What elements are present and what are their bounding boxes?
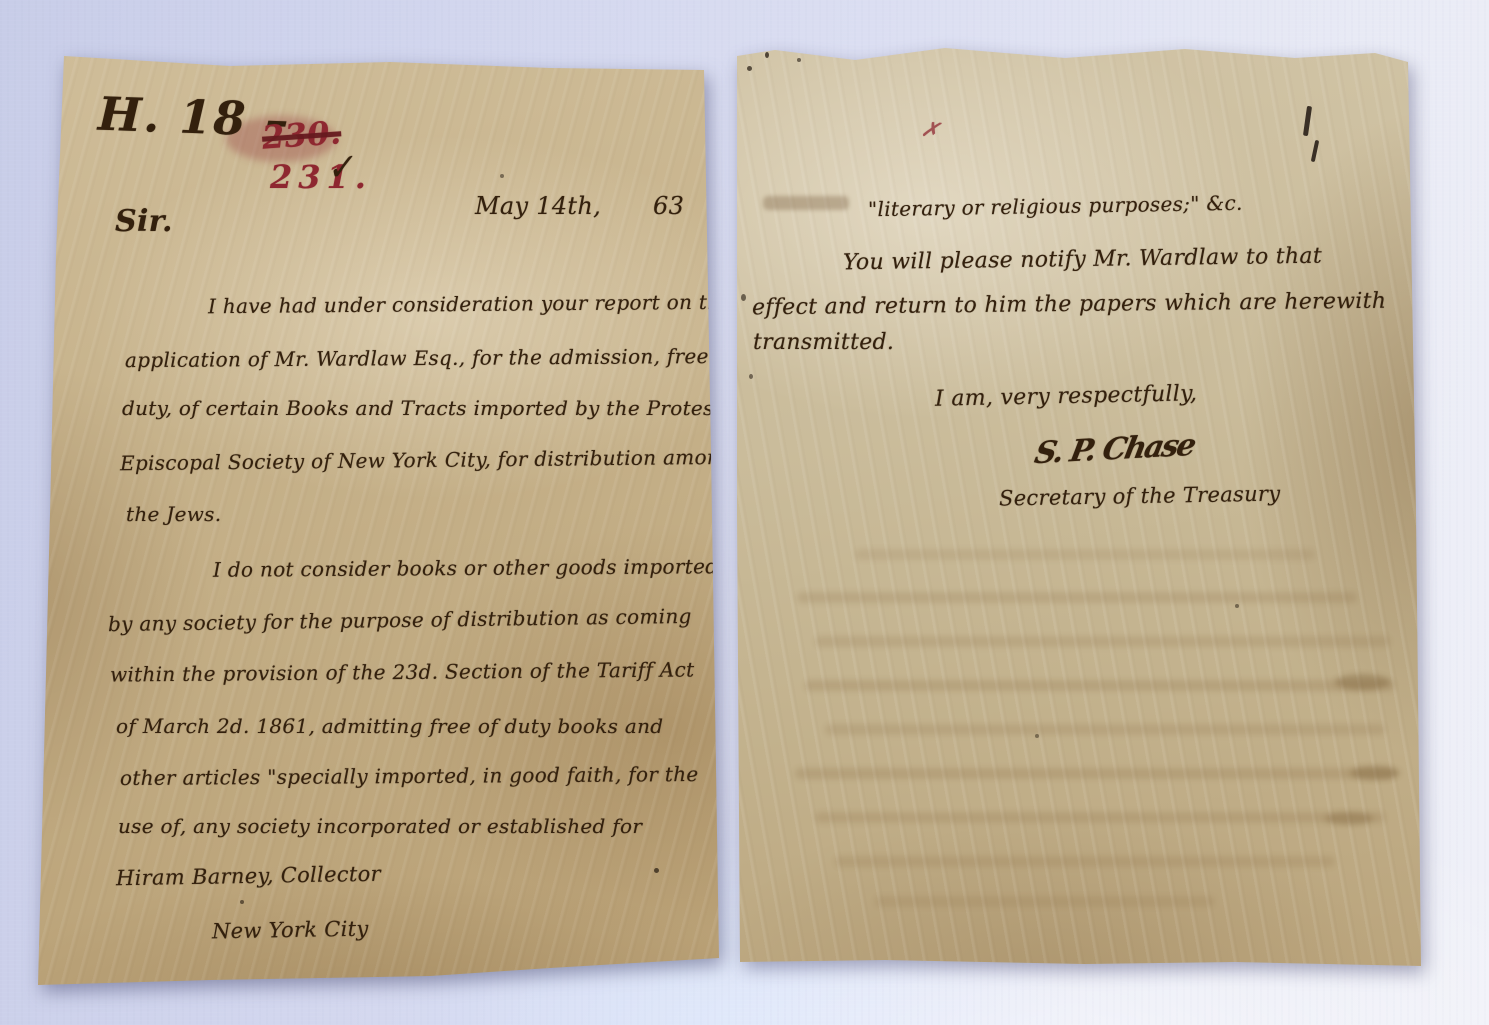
pen-mark — [1303, 106, 1312, 136]
recipient-city: New York City — [212, 917, 369, 944]
salutation: Sir. — [115, 204, 173, 239]
date-month-day: May 14th, — [475, 192, 601, 220]
body-line: the Jews. — [126, 502, 221, 526]
body-line: "literary or religious purposes;" &c. — [868, 191, 1243, 222]
ink-speck — [500, 174, 504, 178]
valediction: I am, very respectfully, — [935, 381, 1198, 411]
signer-title: Secretary of the Treasury — [999, 482, 1281, 511]
ink-speck — [1035, 734, 1039, 738]
faint-ink-smudge — [763, 196, 849, 210]
body-line: I do not consider books or other goods i… — [213, 554, 718, 582]
ink-speck — [240, 900, 244, 904]
bleed-through-line — [825, 724, 1385, 735]
ink-speck — [797, 58, 801, 62]
ink-speck — [741, 294, 746, 301]
date-line: May 14th,63 — [475, 192, 684, 220]
bleed-through-line — [805, 680, 1395, 691]
bleed-through-line — [795, 768, 1395, 779]
bleed-through-blotch — [1350, 766, 1400, 780]
body-line: duty, of certain Books and Tracts import… — [122, 396, 756, 420]
bleed-through-line — [855, 549, 1315, 560]
body-line: You will please notify Mr. Wardlaw to th… — [843, 244, 1322, 276]
body-line: of March 2d. 1861, admitting free of dut… — [116, 714, 663, 738]
bleed-through-line — [815, 812, 1385, 823]
letter-page-right: ✗ "literary or religious purposes;" &c. … — [735, 44, 1427, 972]
body-line: Episcopal Society of New York City, for … — [120, 445, 733, 475]
bleed-through-blotch — [1325, 812, 1373, 825]
bleed-through-line — [797, 592, 1357, 603]
pen-mark — [1311, 140, 1319, 162]
body-line: by any society for the purpose of distri… — [108, 604, 692, 636]
ink-speck — [654, 868, 659, 873]
bleed-through-line — [875, 896, 1215, 907]
docket-number-corrected: 231. — [270, 158, 372, 196]
ink-speck — [747, 66, 752, 71]
body-line: transmitted. — [753, 330, 894, 355]
paper-sheet-right: ✗ "literary or religious purposes;" &c. … — [735, 44, 1427, 972]
ink-speck — [749, 374, 753, 379]
bleed-through-blotch — [1335, 674, 1390, 690]
bleed-through-line — [815, 636, 1390, 647]
body-line: use of, any society incorporated or esta… — [118, 814, 642, 838]
red-cancel-mark: ✗ — [919, 117, 942, 145]
signature: S. P. Chase — [1032, 428, 1198, 472]
photo-background: H. 18 – 230. 231. ✓ May 14th,63 Sir. I h… — [0, 0, 1489, 1025]
date-year: 63 — [653, 192, 684, 220]
paper-sheet-left: H. 18 – 230. 231. ✓ May 14th,63 Sir. I h… — [30, 54, 725, 994]
body-line: effect and return to him the papers whic… — [752, 289, 1387, 321]
bleed-through-line — [835, 856, 1335, 867]
body-line: I have had under consideration your repo… — [208, 290, 733, 319]
body-line: other articles "specially imported, in g… — [120, 762, 699, 790]
ink-speck — [765, 52, 769, 58]
recipient-name: Hiram Barney, Collector — [116, 862, 381, 891]
letter-page-left: H. 18 – 230. 231. ✓ May 14th,63 Sir. I h… — [30, 54, 725, 994]
body-line: application of Mr. Wardlaw Esq., for the… — [125, 344, 736, 372]
checkmark-ink: ✓ — [323, 146, 357, 190]
body-line: within the provision of the 23d. Section… — [110, 657, 695, 686]
ink-speck — [1235, 604, 1239, 608]
